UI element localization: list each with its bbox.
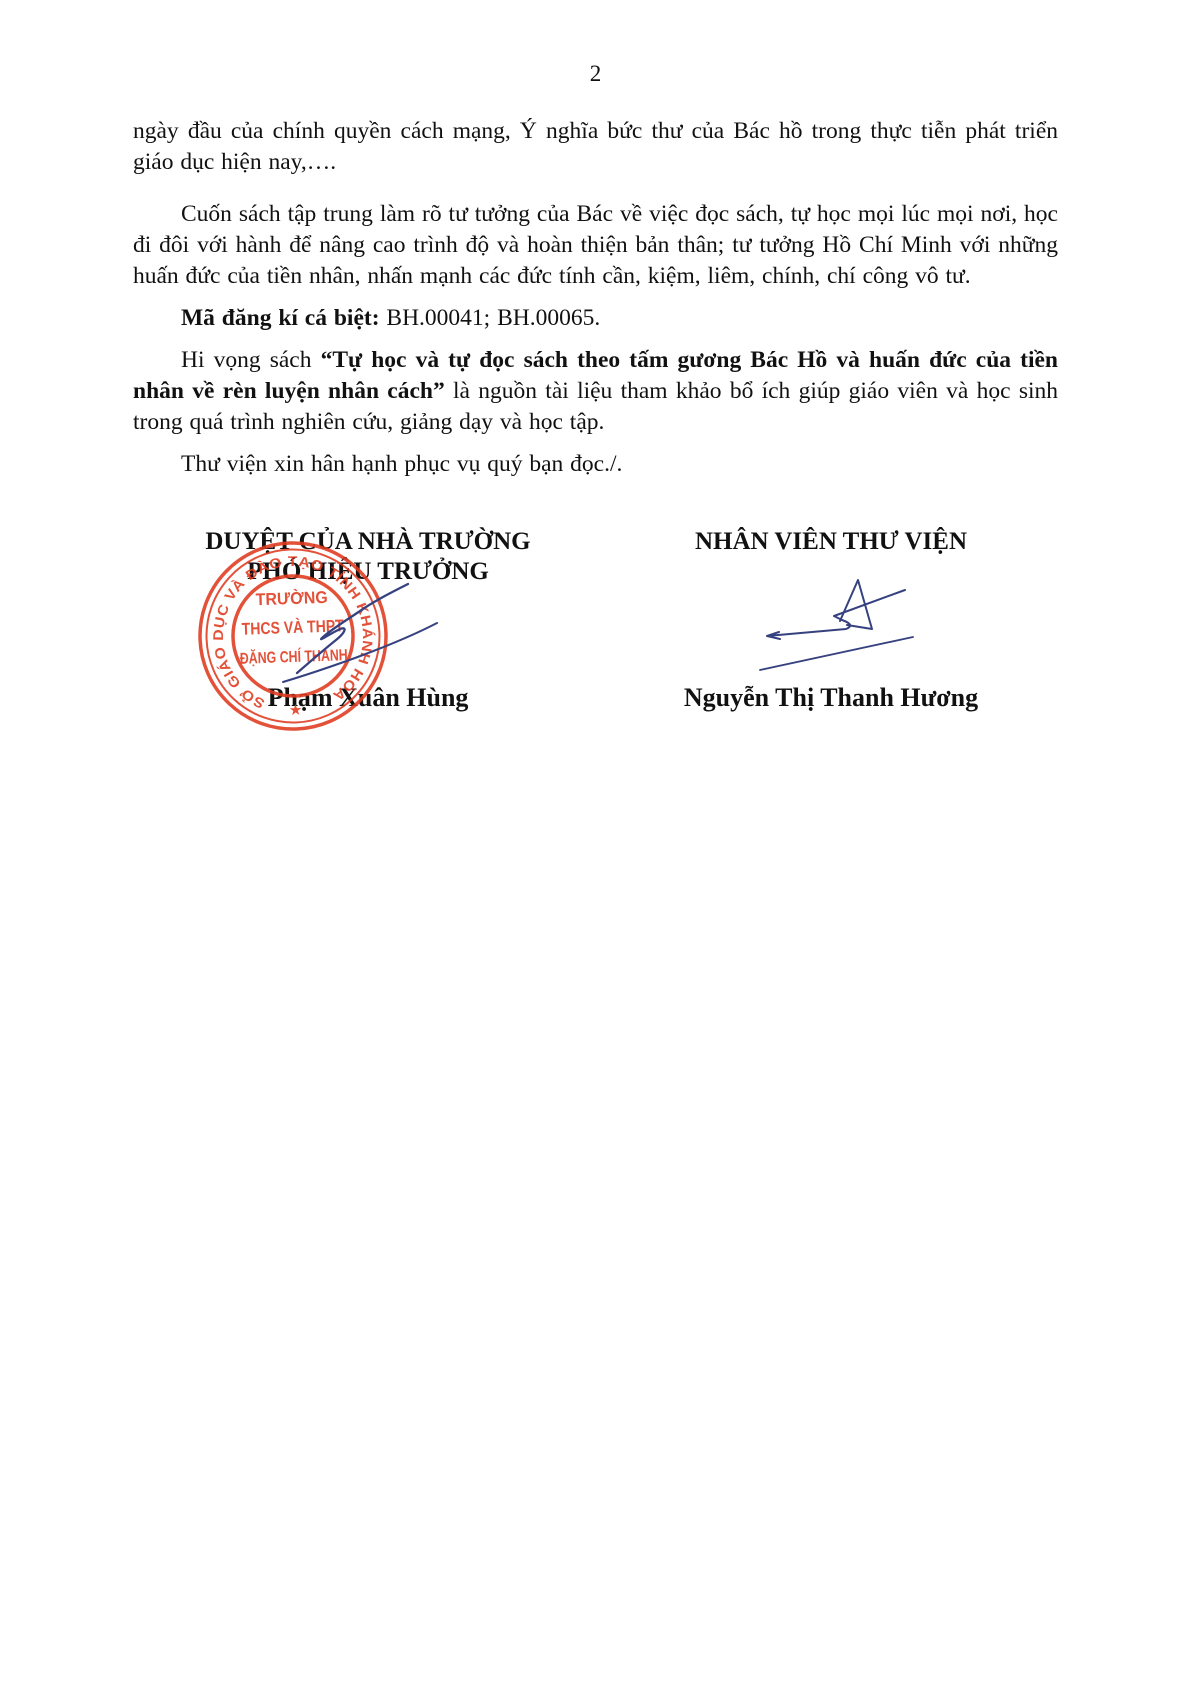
paragraph-closing: Thư viện xin hân hạnh phục vụ quý bạn đọ… [133, 449, 1058, 480]
paragraph-intro: ngày đầu của chính quyền cách mạng, Ý ng… [133, 116, 1058, 178]
vice-principal-signature-ink [273, 557, 453, 697]
signature-section: DUYỆT CỦA NHÀ TRƯỜNG PHÓ HIỆU TRƯỞNG Phạ… [133, 527, 1058, 757]
paragraph-summary: Cuốn sách tập trung làm rõ tư tưởng của … [133, 199, 1058, 292]
stamp-star-icon: ★ [289, 702, 303, 719]
page-number: 2 [133, 62, 1058, 86]
librarian-title: NHÂN VIÊN THƯ VIỆN [601, 527, 1061, 557]
hope-prefix: Hi vọng sách [181, 347, 321, 373]
registration-label: Mã đăng kí cá biệt: [181, 305, 380, 331]
paragraph-hope: Hi vọng sách “Tự học và tự đọc sách theo… [133, 345, 1058, 438]
document-page: 2 ngày đầu của chính quyền cách mạng, Ý … [0, 62, 1190, 757]
paragraph-registration: Mã đăng kí cá biệt: BH.00041; BH.00065. [133, 303, 1058, 334]
signature-block-librarian: NHÂN VIÊN THƯ VIỆN Nguyễn Thị Thanh Hươn… [601, 527, 1061, 557]
librarian-signature-ink [753, 572, 928, 682]
registration-codes: BH.00041; BH.00065. [380, 305, 601, 331]
librarian-name: Nguyễn Thị Thanh Hương [601, 684, 1061, 712]
